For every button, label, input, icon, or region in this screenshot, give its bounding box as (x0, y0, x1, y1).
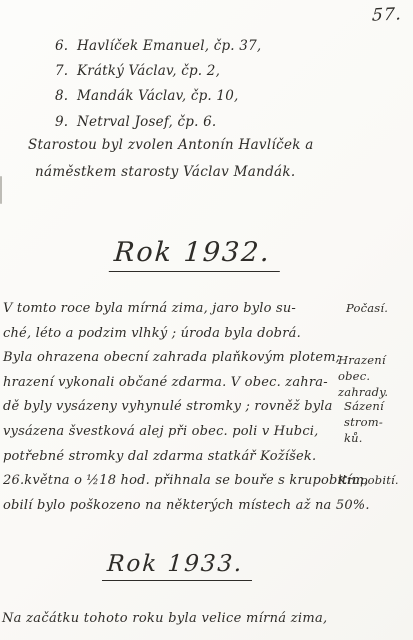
list-item-text: Krátký Václav, čp. 2, (77, 63, 220, 79)
margin-note-tree-planting: Sázení strom- ků. (344, 398, 413, 446)
body-line: V tomto roce byla mírná zima, jaro bylo … (3, 297, 343, 322)
chronicle-body-1933-first-line: Na začátku tohoto roku byla velice mírná… (2, 611, 328, 626)
margin-note-hailstorm: Krupobití. (338, 472, 399, 488)
list-item-number: 7. (55, 59, 77, 84)
mayor-election-paragraph: Starostou byl zvolen Antonín Havlíček a … (28, 132, 314, 186)
body-line: obilí bylo poškozeno na některých místec… (3, 494, 343, 519)
list-item-text: Netrval Josef, čp. 6. (77, 114, 216, 130)
body-line: ché, léto a podzim vlhký ; úroda byla do… (3, 322, 343, 347)
chronicle-page: 57. 6.Havlíček Emanuel, čp. 37, 7.Krátký… (0, 0, 413, 640)
scan-edge-artifact (0, 176, 2, 204)
margin-note-garden-fencing: Hrazení obec. zahrady. (338, 352, 413, 400)
heading-year-1932: Rok 1932. (109, 237, 282, 272)
heading-year-1933: Rok 1933. (102, 551, 254, 581)
list-item: 6.Havlíček Emanuel, čp. 37, (55, 34, 261, 59)
body-line: potřebné stromky dal zdarma statkář Koží… (3, 445, 343, 470)
body-line: hrazení vykonali občané zdarma. V obec. … (3, 371, 343, 396)
list-item-text: Mandák Václav, čp. 10, (77, 88, 238, 104)
body-line: 26.května o ½18 hod. přihnala se bouře s… (3, 469, 343, 494)
body-line: dě byly vysázeny vyhynulé stromky ; rovn… (3, 395, 343, 420)
list-item: 7.Krátký Václav, čp. 2, (55, 59, 261, 84)
intro-line: náměstkem starosty Václav Mandák. (35, 159, 314, 186)
body-line: vysázena švestková alej při obec. poli v… (3, 420, 343, 445)
page-number: 57. (371, 4, 402, 26)
list-item-number: 6. (55, 34, 77, 59)
list-item-text: Havlíček Emanuel, čp. 37, (77, 38, 261, 54)
chronicle-body-1932: V tomto roce byla mírná zima, jaro bylo … (3, 297, 343, 518)
council-members-list: 6.Havlíček Emanuel, čp. 37, 7.Krátký Vác… (55, 34, 261, 135)
body-line: Byla ohrazena obecní zahrada plaňkovým p… (3, 346, 343, 371)
margin-note-weather: Počasí. (346, 300, 388, 316)
list-item: 8.Mandák Václav, čp. 10, (55, 84, 261, 109)
list-item-number: 8. (55, 84, 77, 109)
intro-line: Starostou byl zvolen Antonín Havlíček a (28, 132, 314, 159)
